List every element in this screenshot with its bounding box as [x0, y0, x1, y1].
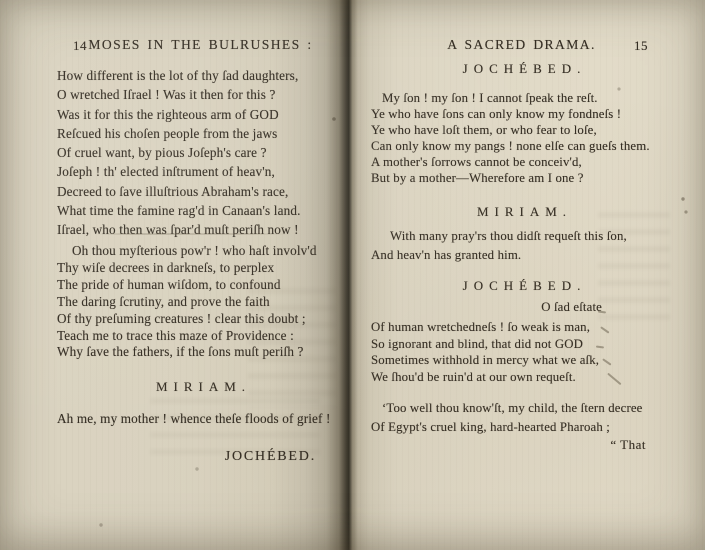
verse-line: Oh thou myſterious pow'r ! who haſt invo…: [57, 243, 344, 260]
page-number: 15: [634, 38, 648, 54]
verse-line: Ah me, my mother ! whence theſe floods o…: [57, 411, 344, 427]
verse-line: Iſrael, who then was ſpar'd muſt periſh …: [57, 220, 344, 239]
right-page-header: A SACRED DRAMA. 15: [371, 37, 672, 53]
right-page-text: A SACRED DRAMA. 15 JOCHÉBED. My ſon ! my…: [371, 0, 672, 550]
verse-line: Was it for this the righteous arm of GOD: [57, 105, 344, 124]
left-page-header: 14 MOSES IN THE BULRUSHES :: [57, 37, 344, 53]
verse-line: Decreed to ſave illuſtrious Abraham's ra…: [57, 182, 344, 201]
verse-line: Ye who have ſons can only know my fondne…: [371, 106, 672, 122]
catchword: JOCHÉBED.: [57, 449, 344, 465]
stanza: ‘Too well thou know'ſt, my child, the ſt…: [371, 399, 672, 437]
book-spread: 14 MOSES IN THE BULRUSHES : How differen…: [0, 0, 705, 550]
verse-line: My ſon ! my ſon ! I cannot ſpeak the reſ…: [371, 90, 672, 106]
running-title: MOSES IN THE BULRUSHES :: [57, 37, 344, 53]
verse-line: With many pray'rs thou didſt requeſt thi…: [371, 227, 672, 246]
verse-line: ‘Too well thou know'ſt, my child, the ſt…: [371, 399, 672, 418]
verse-line: A mother's ſorrows cannot be conceiv'd,: [371, 154, 672, 170]
verse-line: How different is the lot of thy ſad daug…: [57, 66, 344, 85]
verse-line: Of cruel want, by pious Joſeph's care ?: [57, 143, 344, 162]
verse-line: Can only know my pangs ! none elſe can g…: [371, 138, 672, 154]
verse-line: So ignorant and blind, that did not GOD: [371, 336, 672, 353]
verse-line: We ſhou'd be ruin'd at our own requeſt.: [371, 369, 672, 386]
verse-line: O wretched Iſrael ! Was it then for this…: [57, 85, 344, 104]
verse-line: Of Egypt's cruel king, hard-hearted Phar…: [371, 418, 672, 437]
verse-line: Reſcued his choſen people from the jaws: [57, 124, 344, 143]
catchword: “ That: [371, 437, 672, 453]
faint-rule: [95, 233, 291, 235]
stanza: How different is the lot of thy ſad daug…: [57, 66, 344, 240]
verse-line: Of thy preſuming creatures ! clear this …: [57, 311, 344, 328]
stanza: Oh thou myſterious pow'r ! who haſt invo…: [57, 243, 344, 361]
verse-line: The daring ſcrutiny, and prove the faith: [57, 294, 344, 311]
left-page-text: 14 MOSES IN THE BULRUSHES : How differen…: [57, 0, 344, 550]
running-title: A SACRED DRAMA.: [371, 37, 672, 53]
verse-line: What time the famine rag'd in Canaan's l…: [57, 201, 344, 220]
verse-line-partial: O ſad eſtate: [371, 300, 672, 315]
paper-specks: [0, 0, 2, 2]
verse-line: Teach me to trace this maze of Providenc…: [57, 328, 344, 345]
verse-line: Joſeph ! th' elected inſtrument of heav'…: [57, 162, 344, 181]
verse-line: Of human wretchedneſs ! ſo weak is man,: [371, 319, 672, 336]
speaker-heading: JOCHÉBED.: [371, 61, 672, 77]
speaker-heading: MIRIAM.: [371, 204, 672, 220]
verse-line: The pride of human wiſdom, to confound: [57, 277, 344, 294]
stanza: With many pray'rs thou didſt requeſt thi…: [371, 227, 672, 264]
verse-line: Sometimes withhold in mercy what we aſk,: [371, 352, 672, 369]
verse-line: Ye who have loſt them, or who fear to lo…: [371, 122, 672, 138]
verse-line: Thy wiſe decrees in darkneſs, to perplex: [57, 260, 344, 277]
speaker-heading: JOCHÉBED.: [371, 278, 672, 294]
verse-line: But by a mother—Wherefore am I one ?: [371, 170, 672, 186]
speaker-heading: MIRIAM.: [57, 379, 344, 395]
page-number: 14: [73, 38, 87, 54]
verse-line: And heav'n has granted him.: [371, 246, 672, 265]
stanza: My ſon ! my ſon ! I cannot ſpeak the reſ…: [371, 90, 672, 186]
verse-line: Why ſave the fathers, if the ſons muſt p…: [57, 344, 344, 361]
stanza: Of human wretchedneſs ! ſo weak is man, …: [371, 319, 672, 385]
